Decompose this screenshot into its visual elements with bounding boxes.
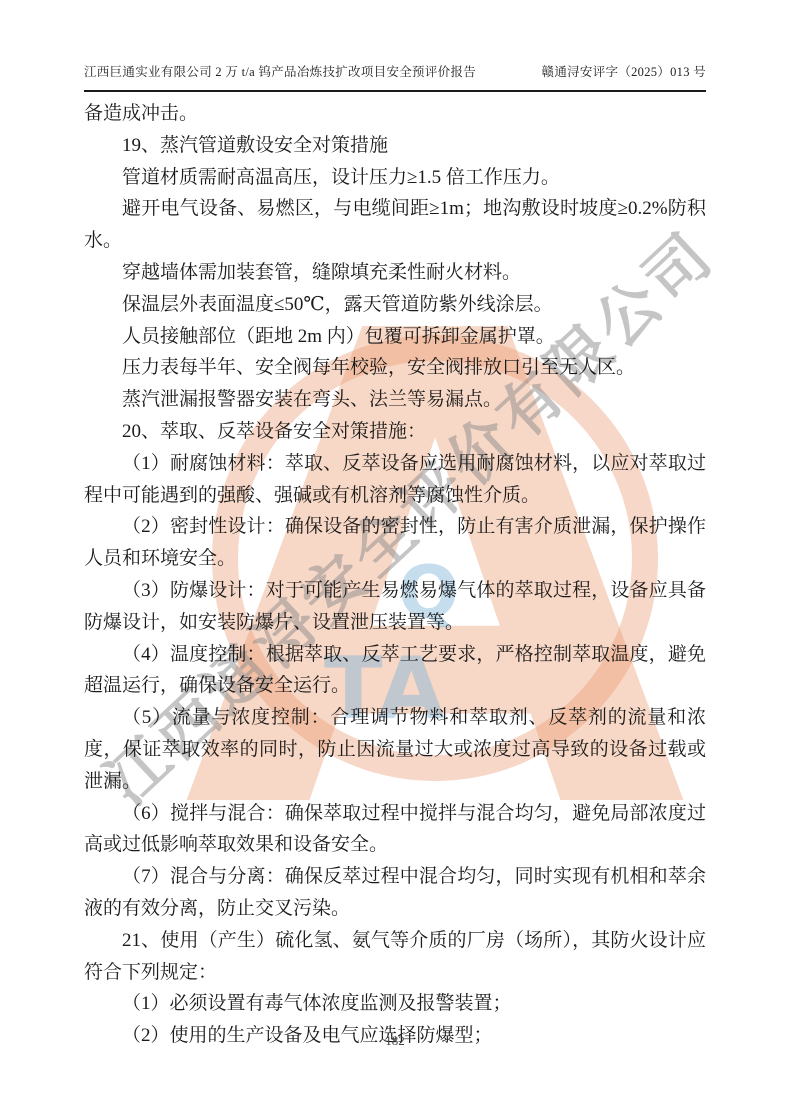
body-paragraph: （1）必须设置有毒气体浓度监测及报警装置； — [84, 988, 706, 1020]
body-paragraph: 20、萃取、反萃设备安全对策措施： — [84, 416, 706, 448]
body-paragraph: 21、使用（产生）硫化氢、氨气等介质的厂房（场所），其防火设计应符合下列规定： — [84, 925, 706, 989]
body-paragraph: 避开电气设备、易燃区，与电缆间距≥1m；地沟敷设时坡度≥0.2%防积水。 — [84, 193, 706, 257]
body-paragraph: 19、蒸汽管道敷设安全对策措施 — [84, 130, 706, 162]
body-paragraph: （6）搅拌与混合：确保萃取过程中搅拌与混合均匀，避免局部浓度过高或过低影响萃取效… — [84, 798, 706, 862]
body-paragraph: 保温层外表面温度≤50℃，露天管道防紫外线涂层。 — [84, 289, 706, 321]
document-page: A 江西通浔安全评价有限公司 Q TA 江西巨通实业有限公司 2 万 t/a 钨… — [0, 0, 790, 1117]
body-paragraph: （7）混合与分离：确保反萃过程中混合均匀，同时实现有机相和萃余液的有效分离，防止… — [84, 861, 706, 925]
body-paragraph: 压力表每半年、安全阀每年校验，安全阀排放口引至无人区。 — [84, 352, 706, 384]
body-paragraph: 管道材质需耐高温高压，设计压力≥1.5 倍工作压力。 — [84, 162, 706, 194]
body-paragraph: （1）耐腐蚀材料：萃取、反萃设备应选用耐腐蚀材料，以应对萃取过程中可能遇到的强酸… — [84, 448, 706, 512]
body-paragraph: （3）防爆设计：对于可能产生易燃易爆气体的萃取过程，设备应具备防爆设计，如安装防… — [84, 575, 706, 639]
header-doc-number: 赣通浔安评字（2025）013 号 — [542, 62, 706, 80]
body-paragraph: 备造成冲击。 — [84, 98, 706, 130]
body-paragraph: （5）流量与浓度控制：合理调节物料和萃取剂、反萃剂的流量和浓度，保证萃取效率的同… — [84, 702, 706, 797]
document-body: 备造成冲击。19、蒸汽管道敷设安全对策措施管道材质需耐高温高压，设计压力≥1.5… — [84, 98, 706, 1052]
page-header: 江西巨通实业有限公司 2 万 t/a 钨产品冶炼技扩改项目安全预评价报告 赣通浔… — [84, 62, 706, 80]
body-paragraph: 穿越墙体需加装套管，缝隙填充柔性耐火材料。 — [84, 257, 706, 289]
body-paragraph: （2）密封性设计：确保设备的密封性，防止有害介质泄漏，保护操作人员和环境安全。 — [84, 511, 706, 575]
header-rule — [84, 90, 706, 92]
body-paragraph: 人员接触部位（距地 2m 内）包覆可拆卸金属护罩。 — [84, 321, 706, 353]
page-number: 182 — [385, 1033, 405, 1048]
body-paragraph: 蒸汽泄漏报警器安装在弯头、法兰等易漏点。 — [84, 384, 706, 416]
page-footer: 182 — [0, 1033, 790, 1049]
body-paragraph: （4）温度控制：根据萃取、反萃工艺要求，严格控制萃取温度，避免超温运行，确保设备… — [84, 639, 706, 703]
header-report-title: 江西巨通实业有限公司 2 万 t/a 钨产品冶炼技扩改项目安全预评价报告 — [84, 62, 476, 80]
